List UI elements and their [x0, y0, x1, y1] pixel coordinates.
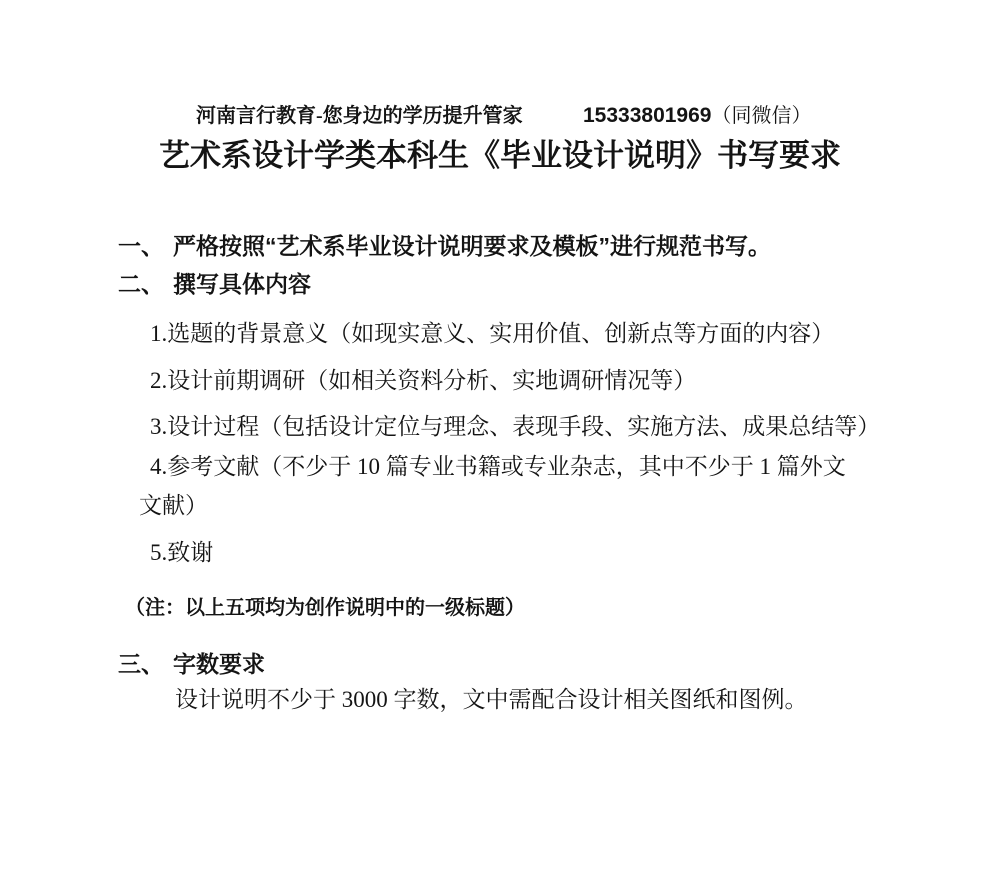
section-two-heading: 二、 撰写具体内容	[118, 273, 311, 296]
section-one-heading: 一、 严格按照“艺术系毕业设计说明要求及模板”进行规范书写。	[118, 235, 771, 258]
section-three-heading: 三、 字数要求	[118, 653, 265, 676]
section-three-number: 三、	[118, 653, 164, 676]
section-two-text: 撰写具体内容	[173, 273, 311, 296]
header-phone-number: 15333801969	[583, 105, 711, 126]
document-page: 河南言行教育-您身边的学历提升管家 15333801969 （同微信） 艺术系设…	[0, 0, 1000, 869]
list-item-2: 2.设计前期调研（如相关资料分析、实地调研情况等）	[150, 369, 696, 392]
header-wechat-note: （同微信）	[711, 106, 811, 126]
list-item-3: 3.设计过程（包括设计定位与理念、表现手段、实施方法、成果总结等）	[150, 415, 880, 438]
document-title: 艺术系设计学类本科生《毕业设计说明》书写要求	[0, 140, 1000, 171]
word-count-paragraph: 设计说明不少于 3000 字数，文中需配合设计相关图纸和图例。	[175, 688, 808, 711]
section-three-text: 字数要求	[173, 653, 265, 676]
header-brand-text: 河南言行教育-您身边的学历提升管家	[196, 106, 523, 126]
list-item-5: 5.致谢	[150, 541, 213, 564]
list-item-4-continuation: 文献）	[139, 494, 208, 517]
header-contact: 15333801969 （同微信）	[583, 105, 811, 126]
note-line: （注：以上五项均为创作说明中的一级标题）	[125, 598, 525, 618]
section-one-text: 严格按照“艺术系毕业设计说明要求及模板”进行规范书写。	[173, 235, 771, 258]
section-two-number: 二、	[118, 273, 164, 296]
list-item-1: 1.选题的背景意义（如现实意义、实用价值、创新点等方面的内容）	[150, 322, 834, 345]
section-one-number: 一、	[118, 235, 164, 258]
list-item-4: 4.参考文献（不少于 10 篇专业书籍或专业杂志，其中不少于 1 篇外文	[150, 455, 846, 478]
